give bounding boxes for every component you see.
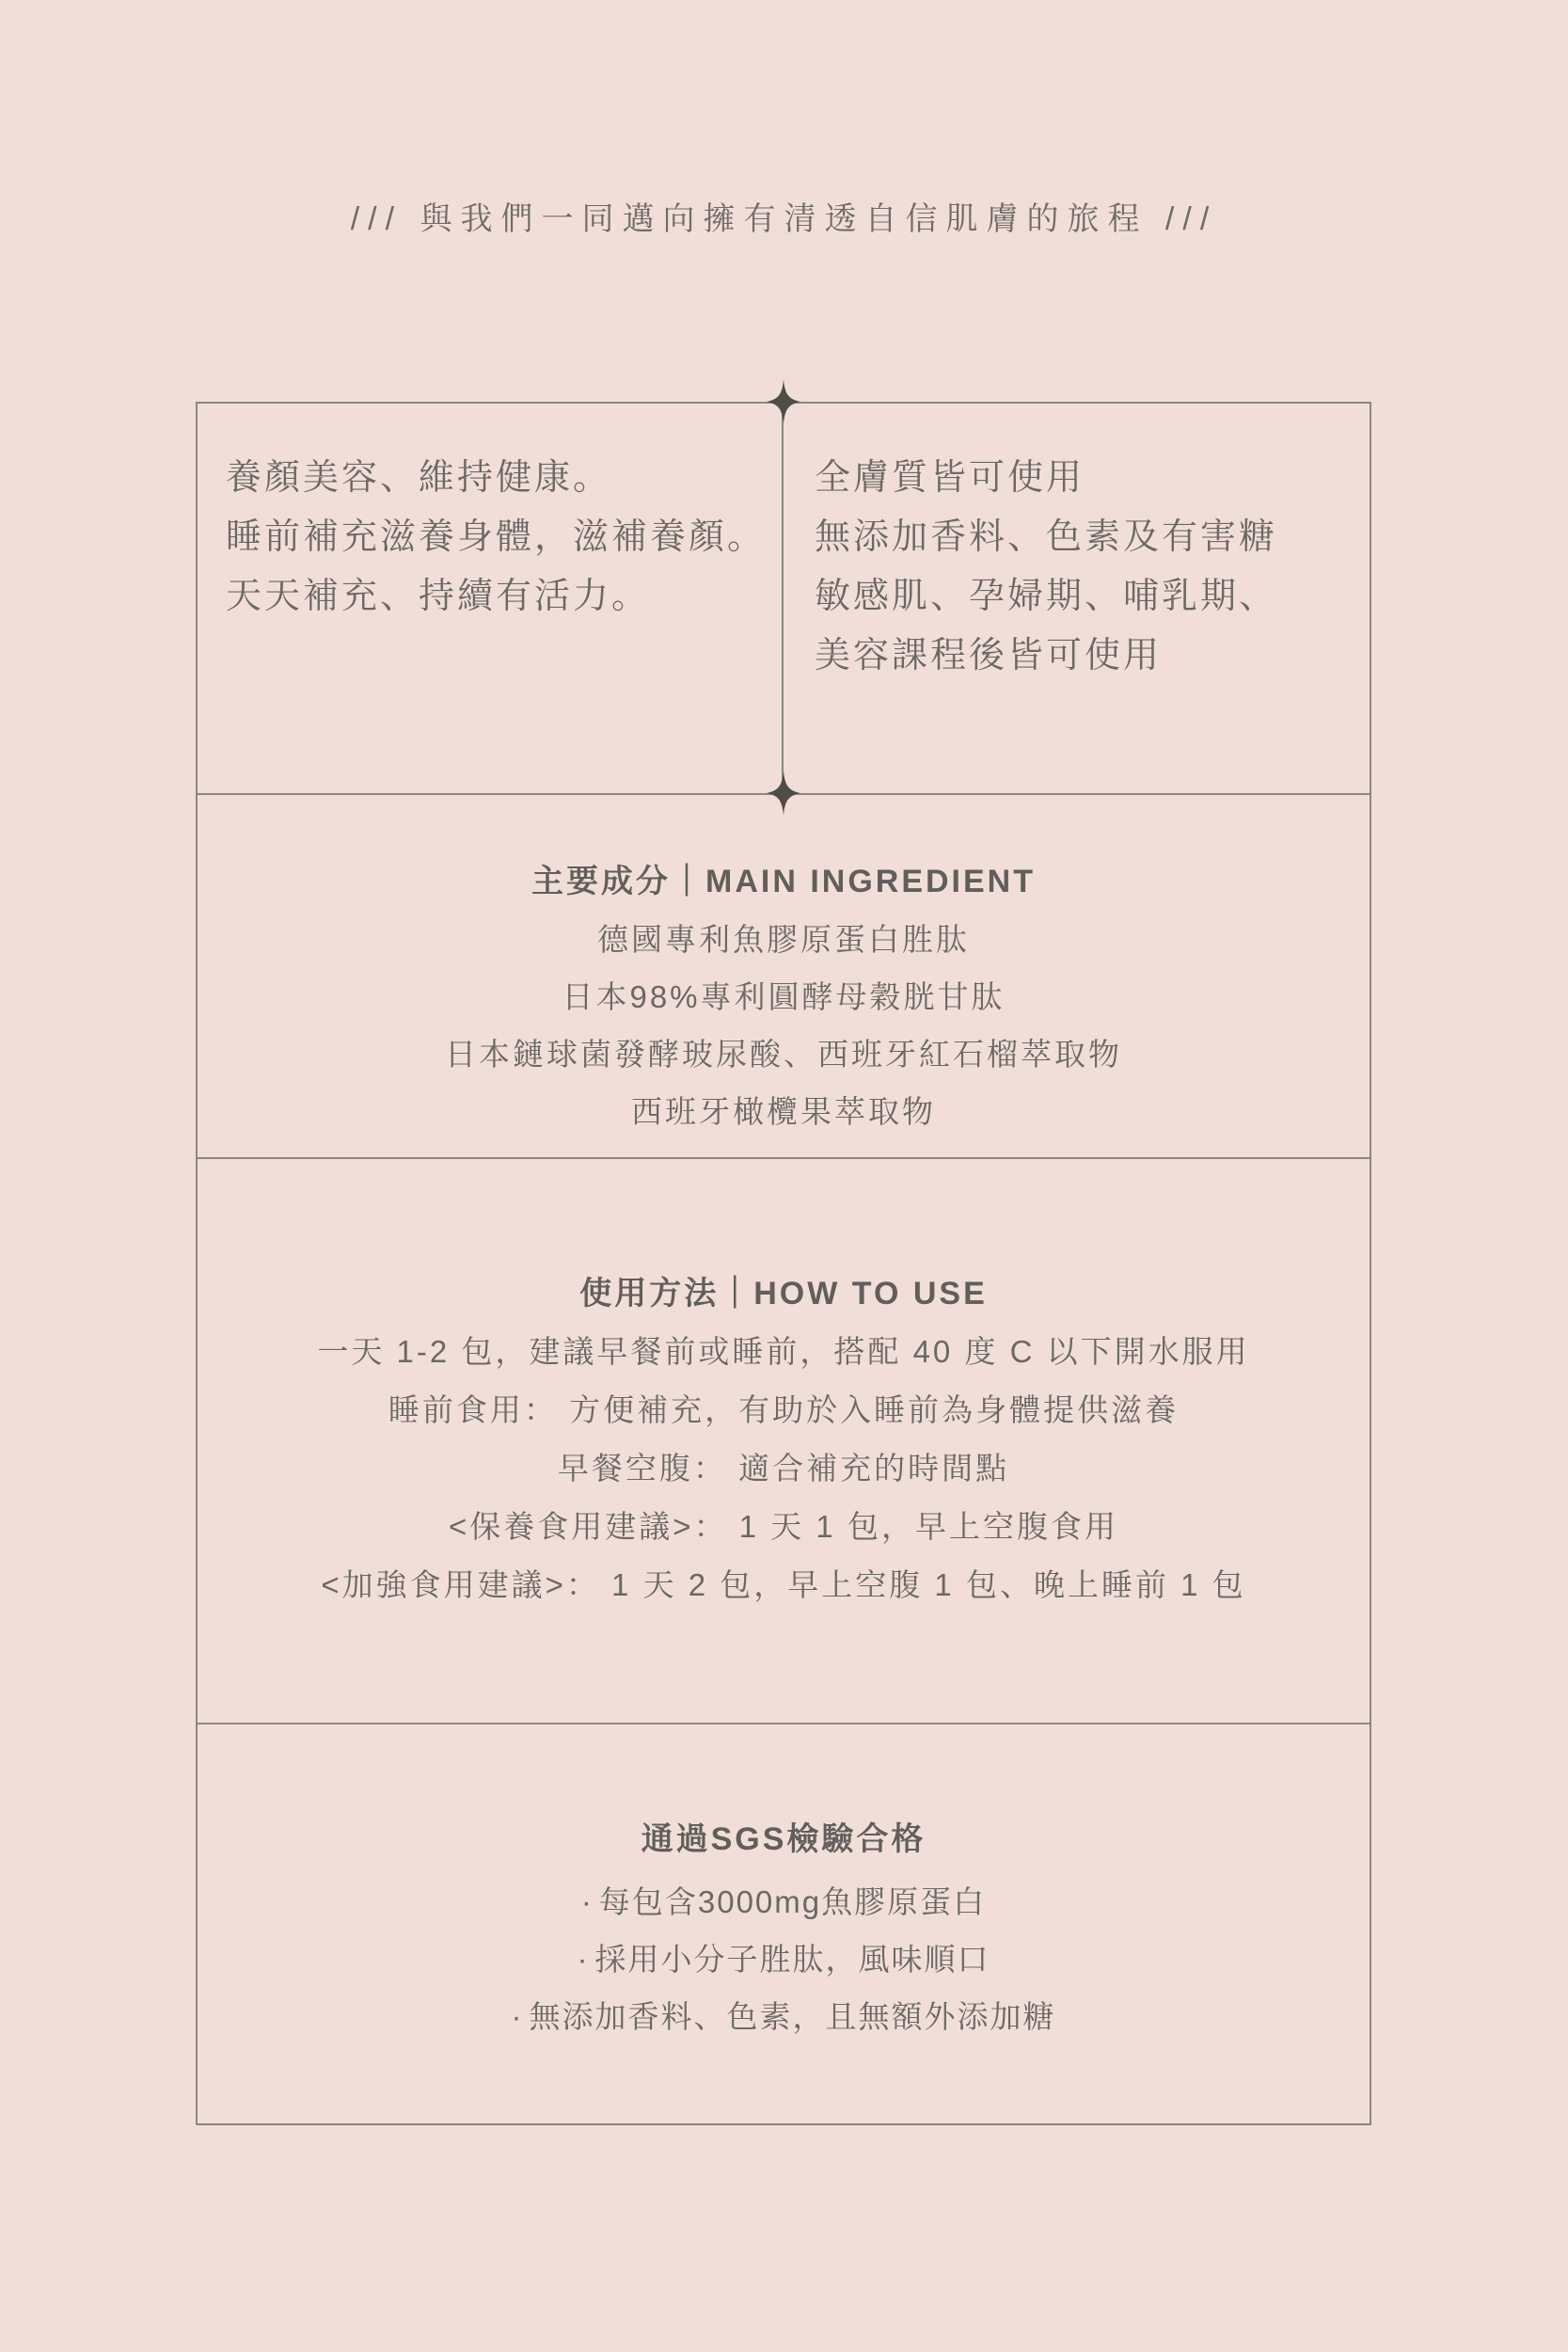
usage-line: 一天 1-2 包，建議早餐前或睡前，搭配 40 度 C 以下開水服用 <box>198 1323 1370 1381</box>
benefit-line: 全膚質皆可使用 <box>815 449 1351 508</box>
sparkle-icon <box>766 771 801 816</box>
bullet-dot: · <box>512 1999 524 2034</box>
benefit-line: 敏感肌、孕婦期、哺乳期、 <box>815 567 1351 627</box>
certification-bullet-line: ·採用小分子胜肽，風味順口 <box>198 1931 1370 1988</box>
usage-line: 睡前食用： 方便補充，有助於入睡前為身體提供滋養 <box>198 1381 1370 1439</box>
ingredients-section: 主要成分｜MAIN INGREDIENT 德國專利魚膠原蛋白胜肽 日本98%專利… <box>198 793 1370 1157</box>
usage-title: 使用方法｜HOW TO USE <box>198 1264 1370 1323</box>
certification-text: 每包含3000mg魚膠原蛋白 <box>599 1884 986 1919</box>
certification-bullet-line: ·無添加香料、色素，且無額外添加糖 <box>198 1988 1370 2045</box>
benefit-line: 美容課程後皆可使用 <box>815 627 1351 686</box>
page-title: /// 與我們一同邁向擁有清透自信肌膚的旅程 /// <box>0 193 1568 239</box>
benefits-right-column: 全膚質皆可使用 無添加香料、色素及有害糖 敏感肌、孕婦期、哺乳期、 美容課程後皆… <box>784 404 1370 793</box>
certification-title: 通過SGS檢驗合格 <box>198 1811 1370 1868</box>
usage-line: <加強食用建議>： 1 天 2 包，早上空腹 1 包、晚上睡前 1 包 <box>198 1556 1370 1614</box>
benefit-line: 睡前補充滋養身體，滋補養顏。 <box>226 508 763 567</box>
bullet-dot: · <box>578 1942 590 1977</box>
benefits-section: 養顏美容、維持健康。 睡前補充滋養身體，滋補養顏。 天天補充、持續有活力。 全膚… <box>198 404 1370 793</box>
usage-line: 早餐空腹： 適合補充的時間點 <box>198 1439 1370 1498</box>
certification-bullet-line: ·每包含3000mg魚膠原蛋白 <box>198 1873 1370 1931</box>
sparkle-icon <box>766 379 801 424</box>
ingredient-line: 西班牙橄欖果萃取物 <box>198 1083 1370 1140</box>
bullet-dot: · <box>581 1884 594 1919</box>
benefit-line: 無添加香料、色素及有害糖 <box>815 508 1351 567</box>
benefits-left-column: 養顏美容、維持健康。 睡前補充滋養身體，滋補養顏。 天天補充、持續有活力。 <box>198 404 784 793</box>
certification-text: 採用小分子胜肽，風味順口 <box>595 1942 990 1977</box>
ingredients-title: 主要成分｜MAIN INGREDIENT <box>198 853 1370 911</box>
info-panel: 養顏美容、維持健康。 睡前補充滋養身體，滋補養顏。 天天補充、持續有活力。 全膚… <box>196 402 1371 2125</box>
usage-line: <保養食用建議>： 1 天 1 包，早上空腹食用 <box>198 1498 1370 1556</box>
certification-section: 通過SGS檢驗合格 ·每包含3000mg魚膠原蛋白 ·採用小分子胜肽，風味順口 … <box>198 1723 1370 2122</box>
benefit-line: 養顏美容、維持健康。 <box>226 449 763 508</box>
usage-section: 使用方法｜HOW TO USE 一天 1-2 包，建議早餐前或睡前，搭配 40 … <box>198 1157 1370 1723</box>
ingredient-line: 德國專利魚膠原蛋白胜肽 <box>198 911 1370 968</box>
ingredient-line: 日本鏈球菌發酵玻尿酸、西班牙紅石榴萃取物 <box>198 1025 1370 1083</box>
benefit-line: 天天補充、持續有活力。 <box>226 567 763 627</box>
certification-text: 無添加香料、色素，且無額外添加糖 <box>530 1999 1056 2034</box>
ingredient-line: 日本98%專利圓酵母穀胱甘肽 <box>198 968 1370 1025</box>
